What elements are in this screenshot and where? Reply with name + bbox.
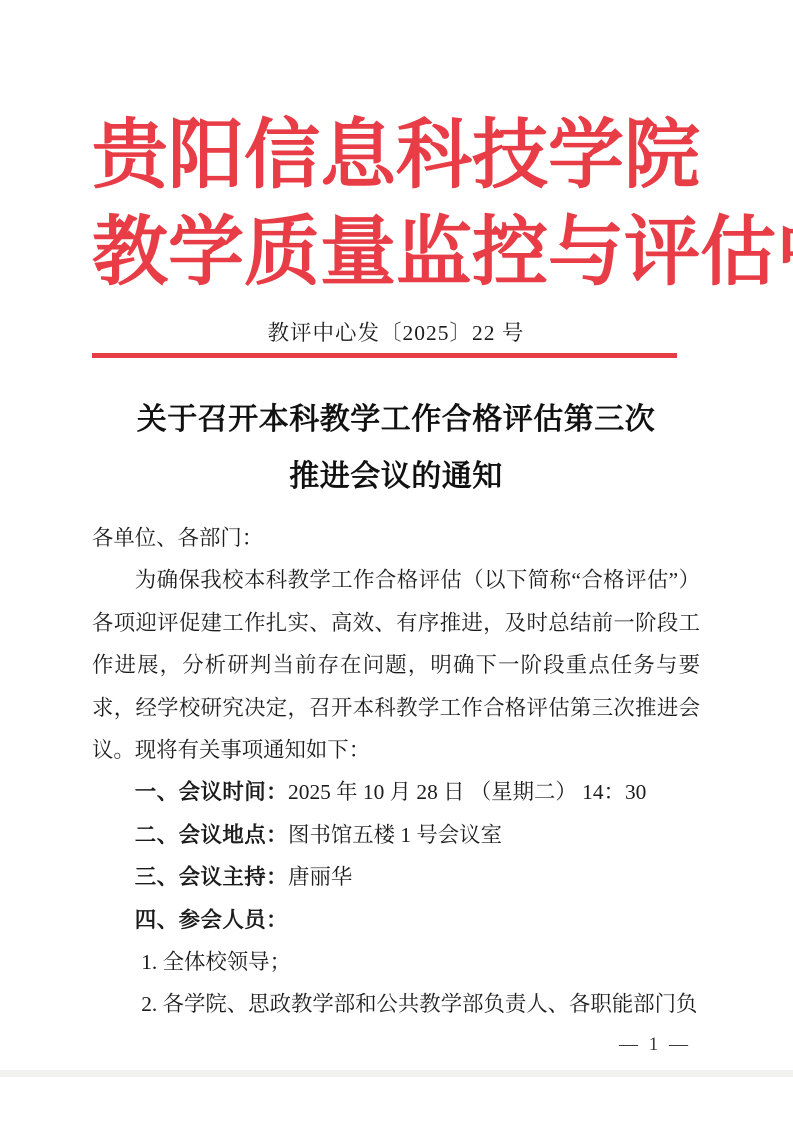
meeting-item-value: 图书馆五楼 1 号会议室 [288, 823, 502, 847]
meeting-item-label: 二、会议地点： [135, 823, 288, 847]
salutation: 各单位、各部门： [92, 517, 700, 559]
meeting-item-label: 三、会议主持： [135, 865, 288, 889]
notice-title-line2: 推进会议的通知 [92, 448, 700, 505]
meeting-item-host: 三、会议主持：唐丽华 [92, 856, 700, 898]
meeting-item-attendees-heading: 四、参会人员： [92, 899, 700, 941]
attendee-line-2: 2. 各学院、思政教学部和公共教学部负责人、各职能部门负 [92, 983, 700, 1025]
org-name-line1: 贵阳信息科技学院 [92, 106, 700, 203]
meeting-item-value: 2025 年 10 月 28 日 （星期二） 14：30 [288, 780, 646, 804]
meeting-item-value: 唐丽华 [288, 865, 352, 889]
meeting-item-label: 四、参会人员： [135, 908, 288, 932]
document-number: 教评中心发〔2025〕22 号 [92, 319, 700, 347]
red-masthead: 贵阳信息科技学院 教学质量监控与评估中心 [92, 106, 700, 300]
page-number: — 1 — [619, 1034, 691, 1056]
notice-body: 各单位、各部门： 为确保我校本科教学工作合格评估（以下简称“合格评估”）各项迎评… [92, 517, 700, 1026]
scan-edge-shadow [0, 1070, 793, 1077]
notice-title: 关于召开本科教学工作合格评估第三次 推进会议的通知 [92, 391, 700, 505]
attendee-line-1: 1. 全体校领导； [92, 941, 700, 983]
notice-title-line1: 关于召开本科教学工作合格评估第三次 [92, 391, 700, 448]
intro-paragraph: 为确保我校本科教学工作合格评估（以下简称“合格评估”）各项迎评促建工作扎实、高效… [92, 559, 700, 771]
org-name-line2: 教学质量监控与评估中心 [92, 203, 700, 300]
meeting-item-time: 一、会议时间：2025 年 10 月 28 日 （星期二） 14：30 [92, 771, 700, 813]
meeting-item-location: 二、会议地点：图书馆五楼 1 号会议室 [92, 814, 700, 856]
red-separator-rule [92, 353, 677, 358]
meeting-item-label: 一、会议时间： [135, 780, 288, 804]
document-page: 贵阳信息科技学院 教学质量监控与评估中心 教评中心发〔2025〕22 号 关于召… [92, 0, 700, 1026]
